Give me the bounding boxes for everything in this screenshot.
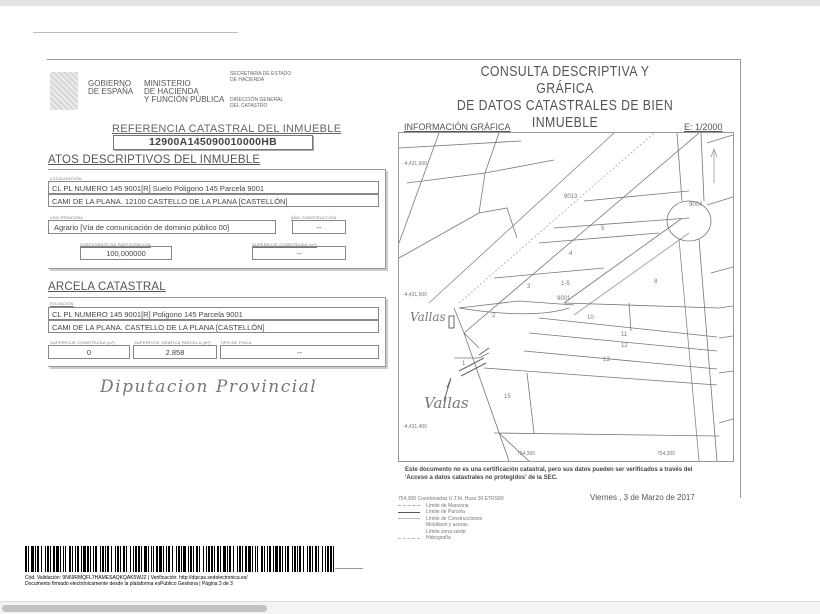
svg-text:1-5: 1-5 — [561, 281, 570, 287]
referencia-value: 12900A145090010000HB — [113, 135, 313, 150]
handwritten-vallas-2: Vallas — [424, 394, 469, 412]
svg-text:754,300: 754,300 — [657, 451, 675, 457]
superficie-grafica-value: 2.858 — [133, 345, 217, 359]
parcela-heading: ARCELA CATASTRAL — [48, 281, 166, 293]
svg-text:4: 4 — [569, 251, 573, 257]
horizontal-scrollbar-thumb[interactable] — [2, 605, 267, 612]
legend-item: Hidrografía — [398, 535, 504, 542]
legend-swatch-icon — [398, 512, 420, 513]
svg-text:10: 10 — [587, 315, 594, 321]
validation-barcode — [25, 546, 335, 572]
horizontal-scrollbar[interactable] — [0, 601, 820, 614]
coeficiente-value: 100,000000 — [80, 246, 172, 260]
svg-text:9004: 9004 — [689, 202, 703, 208]
gobierno-logo-text: GOBIERNO DE ESPAÑA — [88, 80, 133, 96]
svg-text:5: 5 — [601, 226, 605, 232]
validation-text: Cód. Validación: 9N69RMQFL7HAMESAQKQAK5W… — [25, 575, 248, 587]
localizacion-line2: CAMI DE LA PLANA. 12100 CASTELLO DE LA P… — [48, 194, 379, 207]
document-title: CONSULTA DESCRIPTIVA Y GRÁFICA DE DATOS … — [454, 63, 675, 131]
handwritten-diputacion: Diputacion Provincial — [100, 377, 317, 397]
svg-text:-4,431,600: -4,431,600 — [403, 161, 427, 167]
svg-text:1: 1 — [462, 361, 466, 367]
map-scale: E: 1/2000 — [684, 122, 723, 132]
map-legend: 754,300 Coordenadas U.T.M. Huso 30 ETRS8… — [398, 496, 504, 542]
legend-swatch-icon — [398, 518, 420, 519]
referencia-heading: REFERENCIA CATASTRAL DEL INMUEBLE — [112, 123, 341, 135]
svg-text:13: 13 — [603, 357, 610, 363]
situacion-line1: CL PL NUMERO 145 9001[R] Poligono 145 Pa… — [48, 307, 379, 320]
parcel-label: 9013 — [564, 194, 578, 200]
svg-text:15: 15 — [504, 394, 511, 400]
secretaria-text: SECRETARÍA DE ESTADO DE HACIENDA — [230, 71, 291, 83]
anio-value: -- — [292, 220, 346, 234]
direccion-text: DIRECCIÓN GENERAL DEL CATASTRO — [230, 97, 283, 109]
svg-text:-4,431,400: -4,431,400 — [403, 424, 427, 430]
uso-value: Agrario [Vía de comunicación de dominio … — [48, 220, 276, 234]
parcela-sup-construida-value: 0 — [48, 345, 130, 359]
handwritten-vallas-1: Vallas — [410, 310, 446, 324]
svg-text:8: 8 — [654, 279, 658, 285]
svg-text:-4,431,500: -4,431,500 — [403, 292, 427, 298]
datos-descriptivos-heading: ATOS DESCRIPTIVOS DEL INMUEBLE — [48, 154, 260, 166]
situacion-line2: CAMI DE LA PLANA. CASTELLO DE LA PLANA [… — [48, 320, 379, 333]
svg-text:11: 11 — [621, 332, 628, 338]
tipo-finca-value: -- — [220, 345, 379, 359]
superficie-construida-value: -- — [252, 246, 346, 260]
ministerio-text: MINISTERIO DE HACIENDA Y FUNCIÓN PÚBLICA — [144, 80, 224, 104]
informacion-grafica-label: INFORMACIÓN GRÁFICA — [404, 122, 511, 132]
document-date: Viernes , 3 de Marzo de 2017 — [590, 493, 695, 502]
legend-swatch-icon — [398, 538, 420, 539]
cadastral-map: 9013 5 4 3 1-5 9001 8 2 10 11 12 13 15 1… — [398, 132, 734, 462]
coat-of-arms-icon — [50, 72, 78, 110]
svg-text:12: 12 — [621, 343, 628, 349]
svg-text:3: 3 — [527, 284, 531, 290]
localizacion-line1: CL PL NUMERO 145 9001[R] Suelo Poligono … — [48, 181, 379, 194]
scan-edge-line — [33, 32, 238, 33]
situacion-label: SITUACIÓN — [50, 301, 74, 306]
svg-text:754,300: 754,300 — [517, 451, 535, 457]
disclaimer-text: Este documento no es una certificación c… — [405, 466, 735, 482]
legend-swatch-icon — [398, 505, 420, 506]
barcode-rule — [335, 568, 363, 569]
svg-text:9001: 9001 — [557, 296, 571, 302]
svg-text:2: 2 — [492, 313, 496, 319]
